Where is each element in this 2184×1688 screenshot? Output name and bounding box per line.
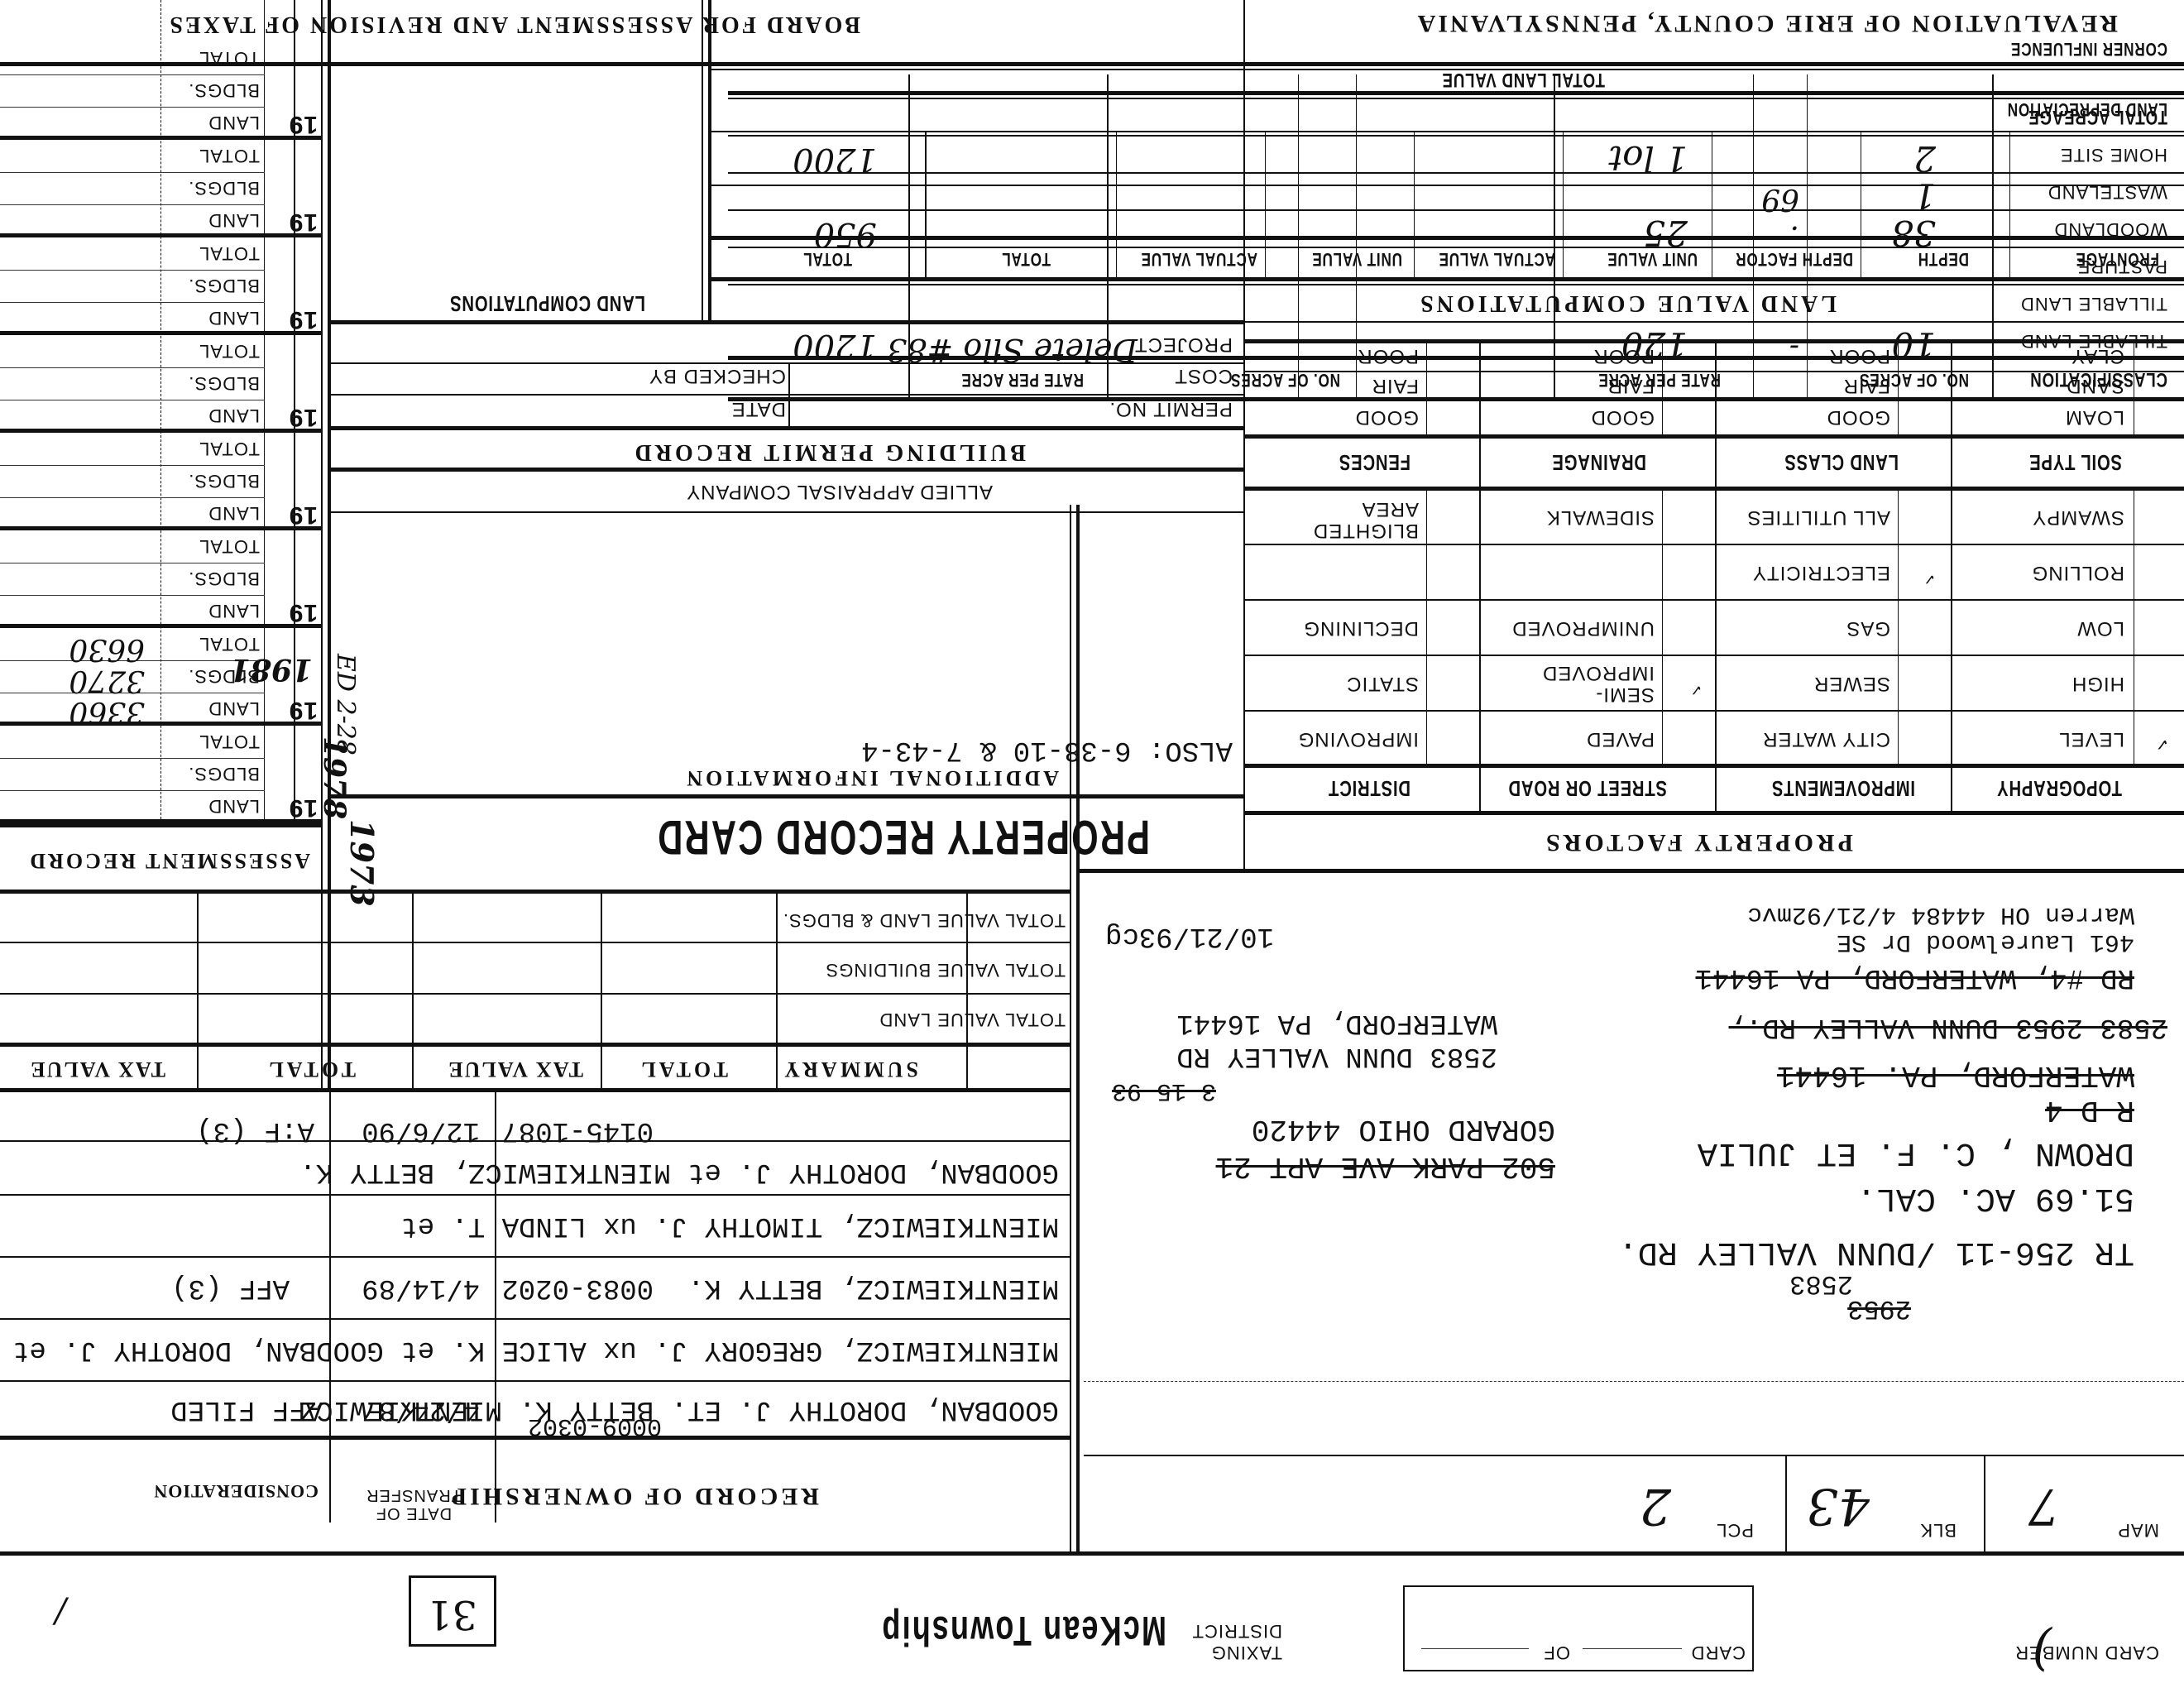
owner-row-3-consideration: AFF (3)	[171, 1272, 290, 1303]
street-semi-improved: SEMI-IMPROVED	[1489, 662, 1655, 705]
assessment-label-bldgs: BLDGS.	[188, 177, 260, 199]
property-record-card: CARD NUMBER ) CARD OF TAXING DISTRICT Mc…	[0, 0, 2184, 1688]
class-row-label-1: TILLABLE LAND	[2020, 293, 2167, 314]
mail-line4: WATERFORD, PA 16441	[1176, 1007, 1497, 1038]
class-row-acres-0: 10	[1892, 324, 1936, 365]
of-label: OF	[1543, 1642, 1570, 1663]
header-left-title: REVALUATION OF ERIE COUNTY, PENNSYLVANIA	[1415, 9, 2118, 37]
topo-level: LEVEL	[2058, 727, 2124, 750]
class-row-label-4: WASTELAND	[2047, 181, 2167, 203]
district-declining: DECLINING	[1303, 616, 1419, 640]
assessment-title: ASSESSMENT RECORD	[27, 848, 310, 873]
cls-vline	[1107, 74, 1109, 401]
total-land-value-label: TOTAL LAND VALUE	[1442, 68, 1605, 91]
assessment-block-rule	[0, 429, 323, 433]
pf-header-land-class: LAND CLASS	[1784, 449, 1899, 475]
assessment-label-total: TOTAL	[199, 731, 260, 752]
district-blighted: BLIGHTED AREA	[1286, 498, 1419, 541]
assessment-year-prefix: 19	[289, 598, 318, 626]
assessment-block-rule	[0, 526, 323, 530]
topo-rolling: ROLLING	[2032, 561, 2124, 584]
class-header-rate-1: RATE PER ACRE	[1598, 369, 1721, 391]
cls-vline	[1554, 74, 1555, 401]
impr-sewer: SEWER	[1813, 672, 1890, 695]
assessment-row-rule	[0, 74, 265, 75]
assessment-label-land: LAND	[208, 502, 260, 524]
impr-gas: GAS	[1846, 616, 1890, 640]
summary-title: SUMMARY	[781, 1057, 918, 1081]
summary-row-land: TOTAL VALUE LAND	[879, 1009, 1066, 1030]
desc-line6: 2583 2953 DUNN VALLEY RD.,	[1729, 1011, 2168, 1043]
map-label: MAP	[2117, 1519, 2159, 1541]
assessment-row-rule	[0, 790, 265, 791]
check-electricity[interactable]: ✓	[1923, 570, 1936, 587]
class-row-acres-4: 1	[1913, 175, 1936, 216]
drainage-good: GOOD	[1591, 405, 1655, 429]
assessment-label-bldgs: BLDGS.	[188, 275, 260, 296]
summary-row-buildings: TOTAL VALUE BUILDINGS	[826, 959, 1066, 981]
assessment-row-rule	[0, 270, 265, 271]
appraiser-name: ALLIED APPRAISAL COMPANY	[686, 480, 993, 503]
assessment-label-land: LAND	[208, 307, 260, 328]
desc-line3: DROWN , C. F. ET JULIA	[1698, 1134, 2134, 1171]
class-row-acres-3: 38	[1892, 213, 1936, 253]
assessment-label-land: LAND	[208, 405, 260, 426]
desc-line1: TR 256-11 /DUNN VALLEY RD.	[1618, 1233, 2134, 1270]
assessment-label-bldgs: BLDGS.	[188, 763, 260, 784]
owner-row-3-deed: 0083-0202	[501, 1272, 654, 1303]
street-unimproved: UNIMPROVED	[1511, 616, 1655, 640]
additional-info-title: ADDITIONAL INFORMATION	[683, 765, 1059, 790]
desc-line7: RD #4, WATERFORD, PA 16441	[1696, 961, 2135, 993]
landclass-good: GOOD	[1827, 405, 1890, 429]
impr-all-utilities: ALL UTILITIES	[1747, 506, 1891, 529]
fences-fair: FAIR	[1372, 374, 1419, 397]
assessment-year-prefix: 19	[289, 501, 318, 529]
class-row-label-6: TOTAL ACREAGE	[2028, 105, 2167, 128]
permit-cost-label: COST	[1174, 364, 1233, 387]
assessment-label-total: TOTAL	[199, 242, 260, 264]
mail-date-struck: 3-15-93	[1112, 1077, 1216, 1105]
permit-checked-by-label: CHECKED BY	[649, 364, 786, 387]
house-number-old: 2953	[1847, 1293, 1911, 1324]
pcl-value: 2	[1640, 1477, 1671, 1535]
assessment-row-rule	[0, 204, 265, 205]
cls-vline	[1992, 74, 1994, 401]
permit-project-value: Delete Silo #83	[887, 332, 1137, 368]
land-computations-label: LAND COMPUTATIONS	[449, 290, 645, 316]
blk-label: BLK	[1919, 1519, 1956, 1541]
cls-row-rule	[728, 98, 2184, 99]
cls-rule	[728, 356, 2184, 360]
lvc-corner-influence: CORNER INFLUENCE	[2010, 38, 2167, 60]
classification-label: CLASSIFICATION	[2029, 367, 2167, 391]
assessment-row-rule	[0, 497, 265, 498]
taxing-district-value: McKean Township	[880, 1607, 1166, 1655]
assessment-row-rule	[0, 465, 265, 466]
class-row-value-3: 950	[814, 215, 877, 253]
class-row-label-5: HOME SITE	[2060, 144, 2167, 165]
additional-info-value: ALSO: 6-38-10 & 7-43-4	[861, 734, 1233, 765]
cls-vline	[1807, 74, 1808, 401]
pf-header-fences: FENCES	[1339, 449, 1410, 475]
taxing-district-label: TAXING DISTRICT	[1166, 1620, 1282, 1663]
assessment-label-total: TOTAL	[199, 535, 260, 557]
class-row-value-5: 1200	[793, 141, 877, 179]
cls-vline	[908, 74, 910, 401]
impr-city-water: CITY WATER	[1762, 727, 1890, 750]
summary-col-tax-1: TAX VALUE	[447, 1057, 583, 1081]
lvc-header-total-1: TOTAL	[1001, 248, 1051, 270]
desc-line8: 461 Laurelwood Dr SE	[1837, 928, 2134, 956]
assessment-year-prefix: 19	[289, 794, 318, 822]
card-of-box: CARD OF	[1403, 1585, 1754, 1671]
assessment-row-rule	[0, 595, 265, 596]
property-factors-title: PROPERTY FACTORS	[1543, 828, 1853, 856]
cls-row-rule	[728, 209, 2184, 211]
owner-row-6-consideration: A:F (3)	[196, 1115, 314, 1146]
class-row-rate-0: 120	[1621, 324, 1688, 365]
lvc-header-actual-value-2: ACTUAL VALUE	[1141, 248, 1257, 270]
pf-header-street: STREET OR ROAD	[1508, 775, 1667, 801]
check-semi-improved[interactable]: ✓	[1689, 681, 1703, 698]
assessment-label-bldgs: BLDGS.	[188, 372, 260, 394]
building-permit-title: BUILDING PERMIT RECORD	[632, 439, 1026, 465]
assessment-year-prefix: 19	[289, 696, 318, 724]
mail-line1: 502 PARK AVE APT 21	[1216, 1149, 1555, 1183]
assessment-note-ed: ED 2-28	[331, 654, 360, 755]
assessment-label-land: LAND	[208, 112, 260, 133]
assessment-label-total: TOTAL	[199, 340, 260, 362]
assessment-row-rule	[0, 758, 265, 759]
assessment-land-1: 3360	[69, 695, 145, 729]
assessment-year-prefix: 19	[289, 208, 318, 236]
header-rule	[0, 62, 2184, 66]
assessment-year-prefix: 19	[289, 305, 318, 333]
assessment-total-1: 6630	[69, 632, 145, 666]
assessment-label-bldgs: BLDGS.	[188, 79, 260, 101]
file-number-box: 31	[409, 1575, 496, 1647]
class-row-rate-3: 25	[1644, 213, 1688, 253]
pf-header-district: DISTRICT	[1328, 775, 1410, 801]
street-paved: PAVED	[1586, 727, 1655, 750]
pf-header-topography: TOPOGRAPHY	[1996, 775, 2122, 801]
lvc-header-unit-value-2: UNIT VALUE	[1312, 248, 1402, 270]
assessment-bldgs-1: 3270	[69, 664, 145, 698]
assessment-label-land: LAND	[208, 698, 260, 719]
assessment-label-total: TOTAL	[199, 438, 260, 459]
assessment-label-bldgs: BLDGS.	[188, 568, 260, 589]
topo-low: LOW	[2076, 616, 2124, 640]
house-number-new: 2583	[1789, 1268, 1853, 1299]
corner-mark: /	[55, 1592, 66, 1630]
owner-row-1-consideration: AFF FILED	[170, 1393, 323, 1425]
assessment-row-rule	[0, 400, 265, 400]
ownership-title: RECORD OF OWNERSHIP	[448, 1482, 819, 1510]
owner-row-6-date: 12/6/90	[362, 1115, 480, 1146]
class-row-label-0: TILLABLE LAND	[2020, 330, 2167, 352]
ownership-col-date: DATE OF TRANSFER	[347, 1486, 480, 1523]
assessment-row-rule	[0, 563, 265, 563]
assessment-label-bldgs: BLDGS.	[188, 470, 260, 492]
class-header-rate-2: RATE PER ACRE	[961, 369, 1084, 391]
cls-vline	[1356, 74, 1357, 401]
owner-row-2-name: MIENTKIEWICZ, GREGORY J. ux ALICE K. et …	[12, 1334, 1059, 1365]
assessment-label-total: TOTAL	[199, 47, 260, 69]
mail-date: 10/21/93cg	[1105, 920, 1274, 952]
topo-swampy: SWAMPY	[2032, 506, 2124, 529]
owner-row-6-deed: 0145-1087	[501, 1115, 654, 1146]
class-header-acres-1: NO. OF ACRES	[1859, 369, 1969, 391]
assessment-block-rule	[0, 233, 323, 237]
desc-line5: WATERFORD, PA. 16441	[1777, 1058, 2134, 1092]
header-right-title: BOARD FOR ASSESSMENT AND REVISION OF TAX…	[167, 11, 860, 37]
street-sidewalk: SIDEWALK	[1546, 506, 1655, 529]
cls-rule	[728, 91, 2184, 95]
desc-line9: Warren OH 44484 4/21/92mvc	[1747, 900, 2134, 928]
check-level[interactable]: ✓	[2154, 734, 2169, 755]
desc-line2: 51.69 AC. CAL.	[1856, 1179, 2134, 1216]
summary-col-total-1: TOTAL	[638, 1057, 728, 1081]
class-row-label-2: PASTURE	[2077, 256, 2167, 277]
class-row-label-3: WOODLAND	[2053, 218, 2167, 240]
pf-header-drainage: DRAINAGE	[1552, 449, 1646, 475]
district-static: STATIC	[1346, 672, 1419, 695]
owner-row-1-date: 4/24/87	[362, 1393, 480, 1425]
assessment-block-rule	[0, 819, 323, 823]
file-number: 31	[427, 1591, 477, 1638]
cls-row-rule	[728, 321, 2184, 323]
summary-col-tax-2: TAX VALUE	[29, 1057, 165, 1081]
class-header-acres-2: NO. OF ACRES	[1230, 369, 1340, 391]
soil-loam: LOAM	[2065, 405, 2124, 429]
class-row-rate-5: 1 lot	[1608, 138, 1688, 179]
blk-value: 43	[1807, 1477, 1870, 1535]
map-value: 7	[2028, 1477, 2060, 1535]
mail-line2: GORARD OHIO 44420	[1252, 1112, 1555, 1146]
assessment-row-rule	[0, 107, 265, 108]
ownership-col-consideration: CONSIDERATION	[153, 1480, 318, 1502]
card-title: PROPERTY RECORD CARD	[656, 809, 1150, 865]
assessment-block-rule	[0, 331, 323, 335]
pf-header-soil: SOIL TYPE	[2028, 449, 2122, 475]
summary-col-total-2: TOTAL	[266, 1057, 356, 1081]
owner-row-4-name: MIENTKIEWICZ, TIMOTHY J. ux LINDA T. et	[400, 1210, 1059, 1241]
district-improving: IMPROVING	[1298, 727, 1419, 750]
summary-row-total: TOTAL VALUE LAND & BLDGS.	[783, 909, 1066, 931]
permit-project-label: PROJECT	[1134, 333, 1233, 356]
land-value-computations-title: LAND VALUE COMPUTATIONS	[1417, 290, 1837, 316]
class-row-acres-5: 2	[1913, 138, 1936, 179]
assessment-year-1981: 1981	[230, 652, 313, 687]
topo-high: HIGH	[2071, 672, 2124, 695]
card-number-mark: )	[2033, 1622, 2052, 1680]
assessment-row-rule	[0, 172, 265, 173]
assessment-block-rule	[0, 136, 323, 140]
assessment-block-rule	[0, 624, 323, 628]
cls-vline	[1753, 74, 1754, 401]
lvc-header-actual-value-1: ACTUAL VALUE	[1439, 248, 1555, 270]
pcl-label: PCL	[1716, 1519, 1754, 1541]
assessment-label-land: LAND	[208, 600, 260, 621]
owner-row-3-name: MIENTKIEWICZ, BETTY K.	[687, 1272, 1059, 1303]
owner-row-5-name: GOODBAN, DOROTHY J. et MIENTKIEWICZ, BET…	[299, 1156, 1059, 1187]
owner-row-1-deed: 0009-0302	[528, 1412, 662, 1440]
cls-row-rule	[728, 247, 2184, 248]
impr-electricity: ELECTRICITY	[1752, 561, 1890, 584]
cls-rule	[728, 397, 2184, 401]
card-label: CARD	[1691, 1642, 1746, 1663]
assessment-year-prefix: 19	[289, 110, 318, 138]
mail-line3: 2583 DUNN VALLEY RD	[1176, 1040, 1497, 1072]
pf-header-improvements: IMPROVEMENTS	[1771, 775, 1915, 801]
assessment-block-rule	[0, 722, 323, 726]
class-row-acres-dec-3: .	[1790, 219, 1799, 253]
assessment-year-prefix: 19	[289, 403, 318, 431]
assessment-row-rule	[0, 302, 265, 303]
class-row-value-0: 1200	[793, 327, 877, 365]
owner-row-3-date: 4/14/89	[362, 1272, 480, 1303]
cls-row-rule	[728, 172, 2184, 174]
class-row-acres-dec-0: -	[1789, 331, 1799, 365]
assessment-note-1973: 1973	[343, 819, 381, 907]
assessment-row-rule	[0, 367, 265, 368]
assessment-label-total: TOTAL	[199, 145, 260, 166]
fences-good: GOOD	[1355, 405, 1419, 429]
desc-line4: R D 4	[2045, 1093, 2134, 1127]
assessment-label-land: LAND	[208, 795, 260, 817]
class-row-acres-dec-4: 69	[1761, 182, 1799, 216]
assessment-label-land: LAND	[208, 209, 260, 231]
cls-row-rule	[728, 284, 2184, 285]
cls-row-rule	[728, 135, 2184, 137]
cls-vline	[1298, 74, 1299, 401]
